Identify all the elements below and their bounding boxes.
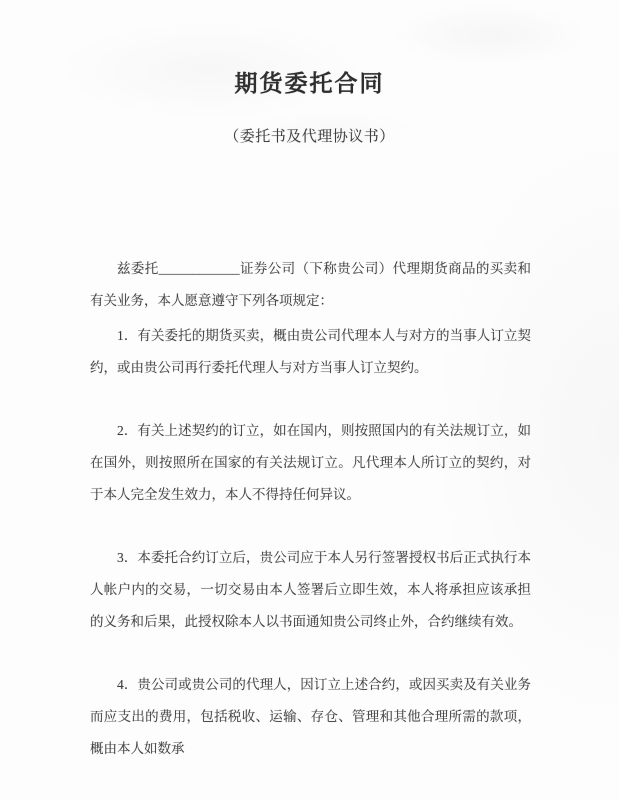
clause-2-number: 2．: [117, 423, 137, 438]
clause-3-text: 本委托合约订立后，贵公司应于本人另行签署授权书后正式执行本人帐户内的交易，一切交…: [90, 550, 531, 629]
clause-4-text: 贵公司或贵公司的代理人，因订立上述合约，或因买卖及有关业务而应支出的费用，包括税…: [90, 677, 531, 756]
document-subtitle: （委托书及代理协议书）: [0, 129, 619, 145]
clause-1: 1．有关委托的期货买卖，概由贵公司代理本人与对方的当事人订立契约，或由贵公司再行…: [90, 320, 531, 384]
fill-in-blank-line: ____________: [159, 261, 240, 276]
clause-3: 3．本委托合约订立后，贵公司应于本人另行签署授权书后正式执行本人帐户内的交易，一…: [90, 542, 531, 638]
clause-4: 4．贵公司或贵公司的代理人，因订立上述合约，或因买卖及有关业务而应支出的费用，包…: [90, 669, 531, 765]
document-title: 期货委托合同: [0, 0, 619, 97]
clause-2: 2．有关上述契约的订立，如在国内，则按照国内的有关法规订立，如在国外，则按照所在…: [90, 415, 531, 511]
document-body: 兹委托____________证券公司（下称贵公司）代理期货商品的买卖和有关业务…: [90, 253, 531, 765]
clause-1-number: 1．: [117, 328, 137, 343]
intro-paragraph: 兹委托____________证券公司（下称贵公司）代理期货商品的买卖和有关业务…: [90, 253, 531, 317]
clause-2-text: 有关上述契约的订立，如在国内，则按照国内的有关法规订立，如在国外，则按照所在国家…: [90, 423, 531, 502]
clause-3-number: 3．: [117, 550, 137, 565]
contract-page: 期货委托合同 （委托书及代理协议书） 兹委托____________证券公司（下…: [0, 0, 619, 800]
clause-4-number: 4．: [117, 677, 137, 692]
clause-1-text: 有关委托的期货买卖，概由贵公司代理本人与对方的当事人订立契约，或由贵公司再行委托…: [90, 328, 531, 375]
intro-text-before-blank: 兹委托: [117, 261, 159, 276]
